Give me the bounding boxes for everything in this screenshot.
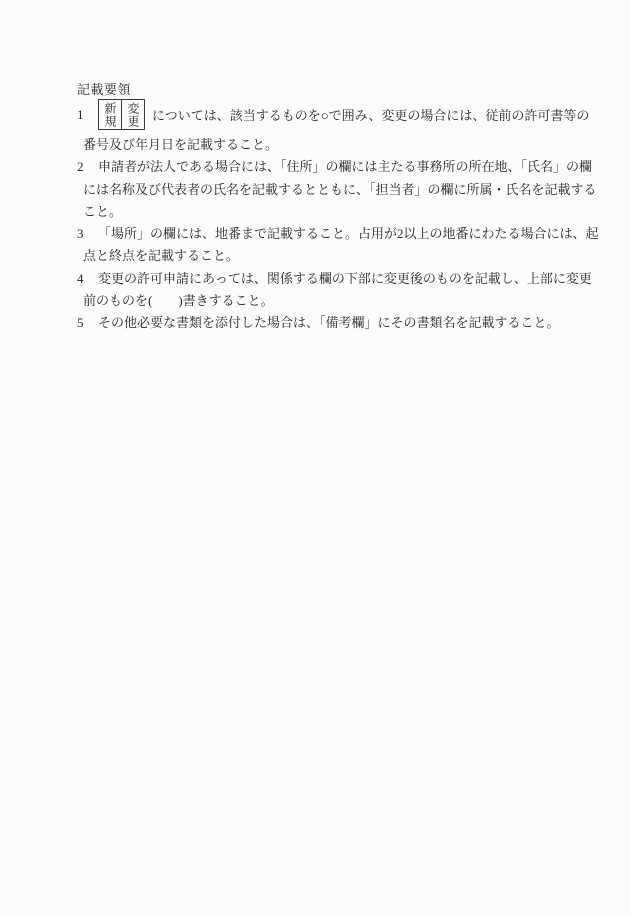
item-1-line-1: 1 新規 変更 については、該当するものを○で囲み、変更の場合には、従前の許可書… bbox=[77, 98, 602, 131]
item-5-line-1: 5その他必要な書類を添付した場合は、「備考欄」にその書類名を記載すること。 bbox=[77, 312, 602, 334]
item-4-number: 4 bbox=[77, 268, 98, 290]
item-2-line-2: には名称及び代表者の氏名を記載するとともに、「担当者」の欄に所属・氏名を記載する bbox=[77, 179, 602, 201]
option-change-label: 変更 bbox=[122, 100, 144, 129]
item-4-text: 変更の許可申請にあっては、関係する欄の下部に変更後のものを記載し、上部に変更 bbox=[98, 271, 592, 286]
item-3-number: 3 bbox=[77, 223, 98, 245]
item-4-line-1: 4変更の許可申請にあっては、関係する欄の下部に変更後のものを記載し、上部に変更 bbox=[77, 268, 602, 290]
item-2-number: 2 bbox=[77, 156, 98, 178]
item-1-number: 1 bbox=[77, 107, 98, 123]
item-1-line-2: 番号及び年月日を記載すること。 bbox=[77, 134, 602, 156]
item-2-text: 申請者が法人である場合には、「住所」の欄には主たる事務所の所在地、「氏名」の欄 bbox=[98, 159, 592, 174]
document-page: 記載要領 1 新規 変更 については、該当するものを○で囲み、変更の場合には、従… bbox=[0, 0, 630, 915]
item-5-number: 5 bbox=[77, 312, 98, 334]
item-5-text: その他必要な書類を添付した場合は、「備考欄」にその書類名を記載すること。 bbox=[98, 315, 560, 330]
item-2-line-1: 2申請者が法人である場合には、「住所」の欄には主たる事務所の所在地、「氏名」の欄 bbox=[77, 156, 602, 178]
item-4-line-2: 前のものを( )書きすること。 bbox=[77, 290, 602, 312]
item-1-text: については、該当するものを○で囲み、変更の場合には、従前の許可書等の bbox=[152, 105, 589, 124]
page-title: 記載要領 bbox=[77, 82, 602, 98]
item-3-text: 「場所」の欄には、地番まで記載すること。占用が2以上の地番にわたる場合には、起 bbox=[98, 226, 599, 241]
item-3-line-2: 点と終点を記載すること。 bbox=[77, 245, 602, 267]
item-2-line-3: こと。 bbox=[77, 201, 602, 223]
new-change-selection-box: 新規 変更 bbox=[98, 99, 145, 130]
option-new-label: 新規 bbox=[99, 100, 122, 129]
item-3-line-1: 3「場所」の欄には、地番まで記載すること。占用が2以上の地番にわたる場合には、起 bbox=[77, 223, 602, 245]
